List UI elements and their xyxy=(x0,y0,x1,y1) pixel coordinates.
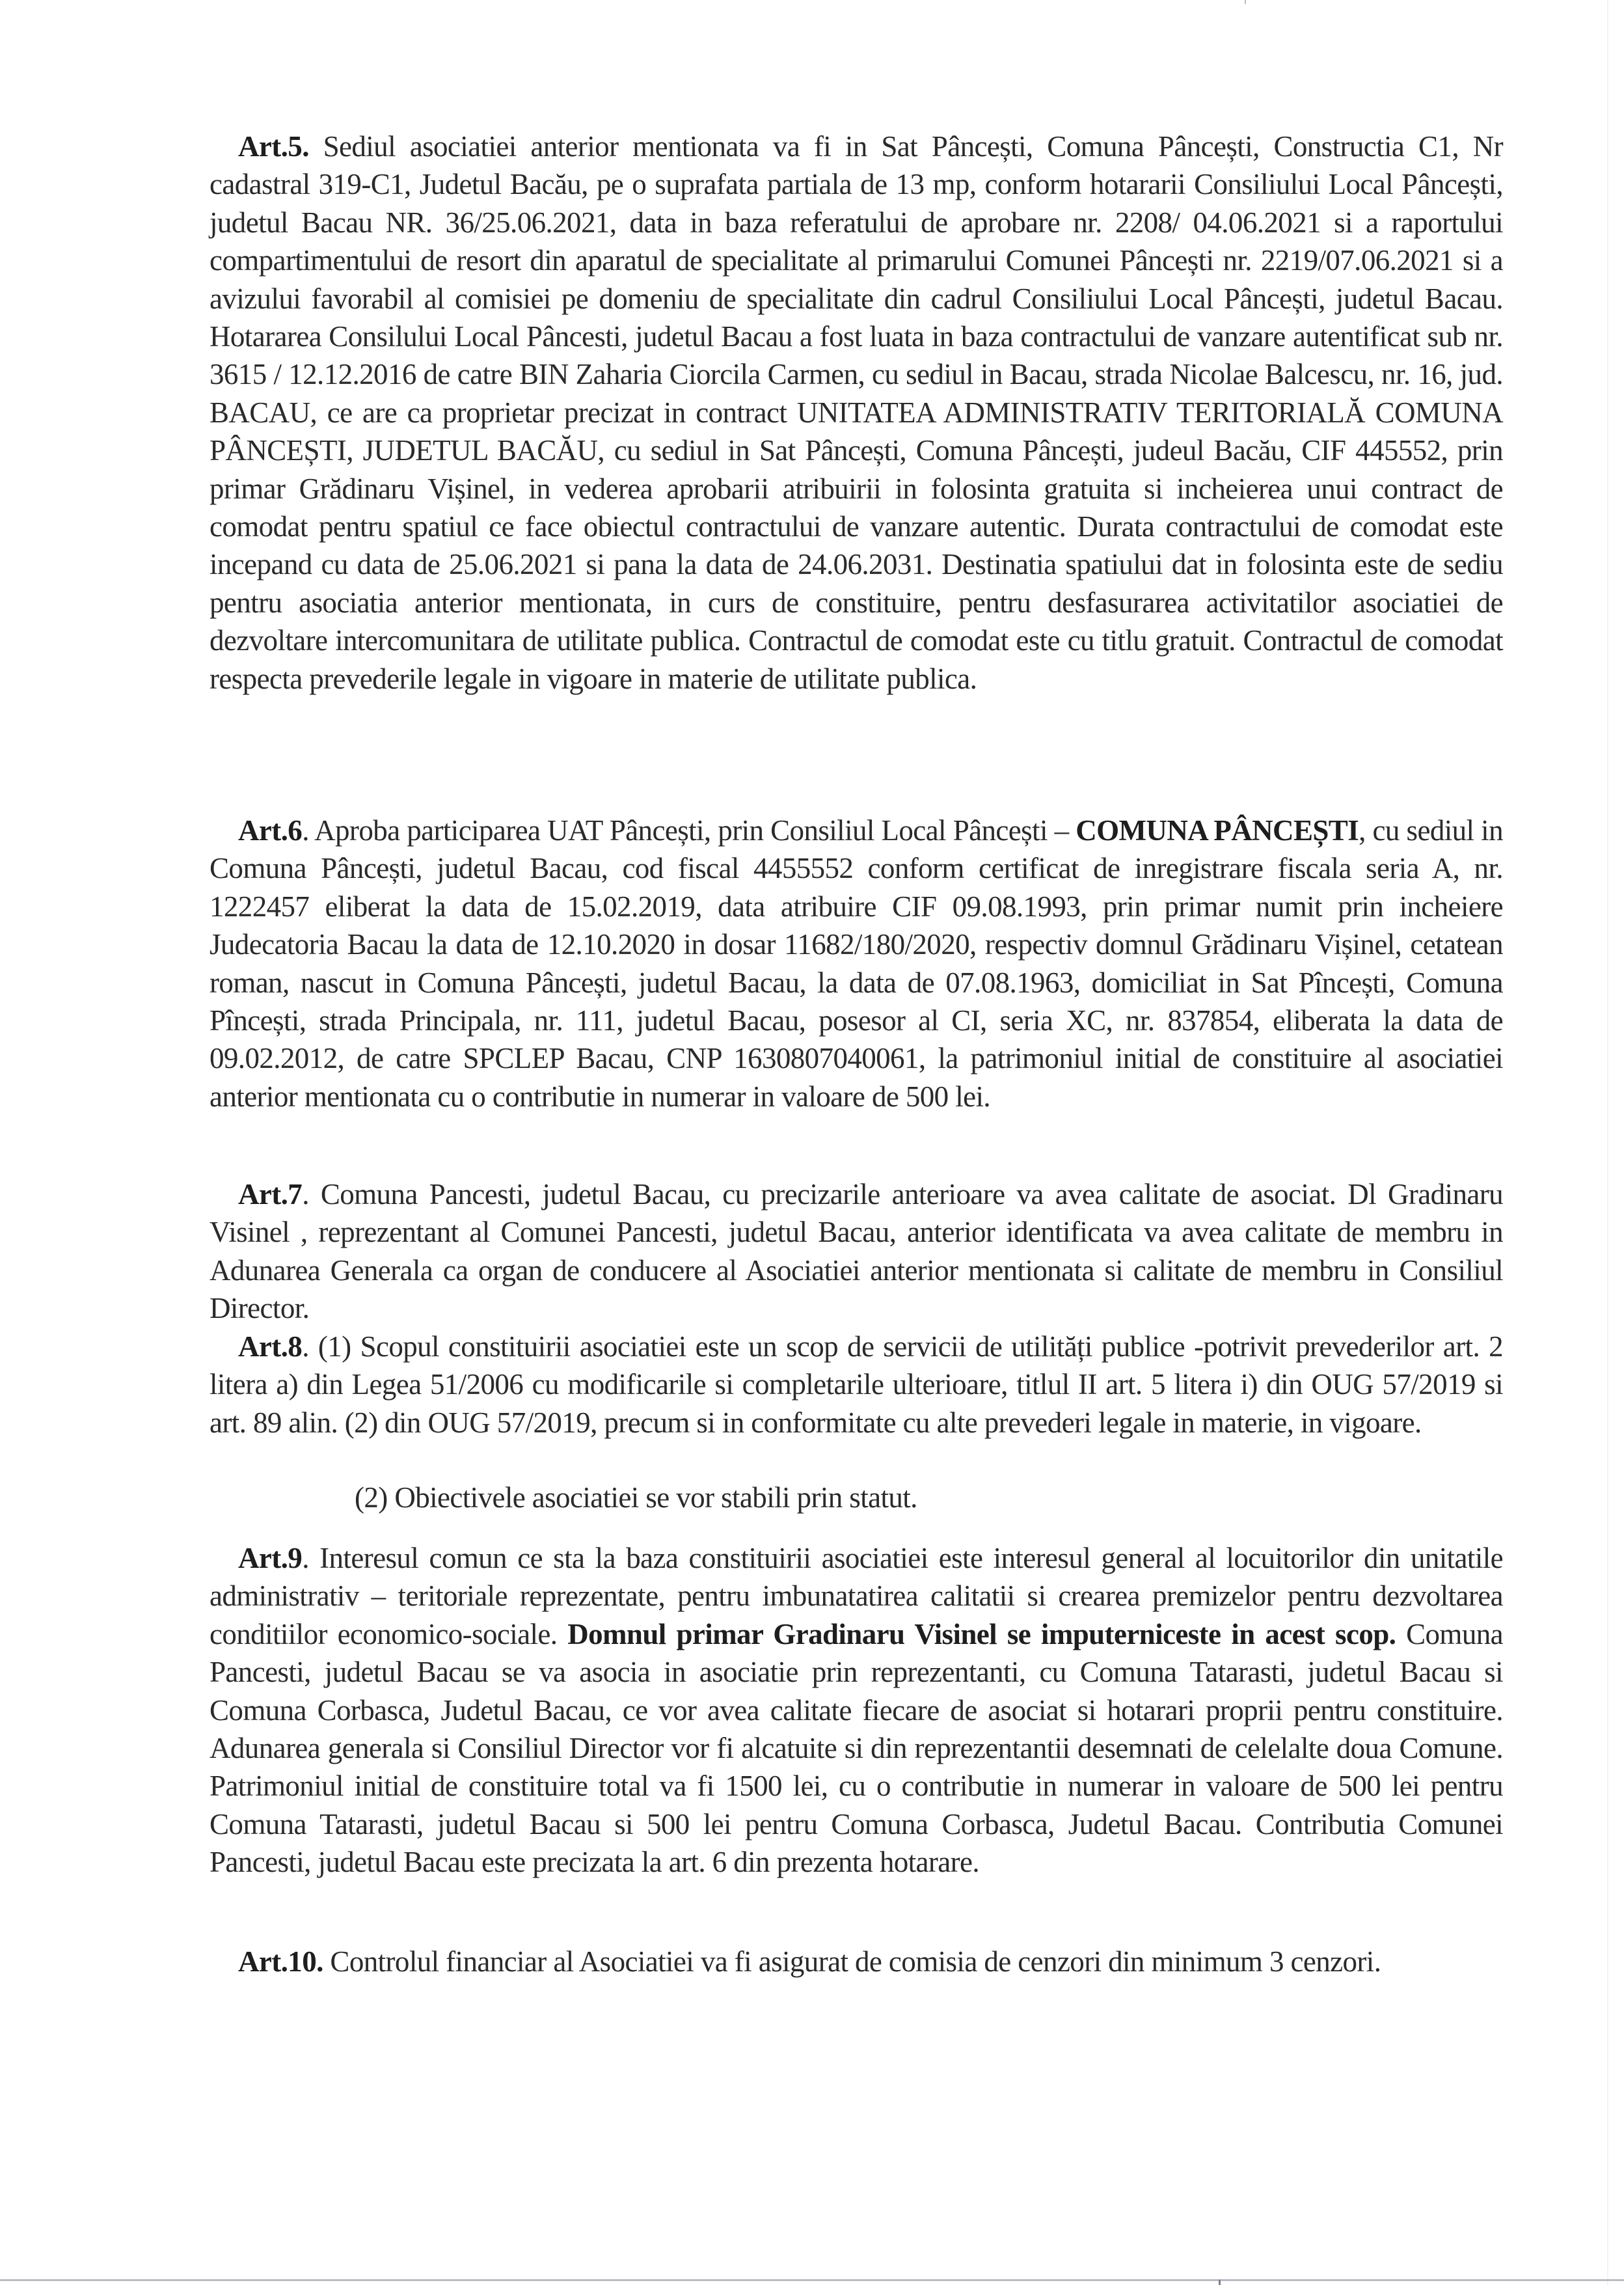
article-6-bold: COMUNA PÂNCEȘTI xyxy=(1076,814,1359,847)
article-7: Art.7. Comuna Pancesti, judetul Bacau, c… xyxy=(210,1175,1503,1328)
article-6: Art.6. Aproba participarea UAT Pâncești,… xyxy=(210,812,1503,1115)
article-6-text-b: , cu sediul in Comuna Pâncești, judetul … xyxy=(210,814,1503,1113)
article-9-text-b: Comuna Pancesti, judetul Bacau se va aso… xyxy=(210,1618,1503,1878)
article-10-text: Controlul financiar al Asociatiei va fi … xyxy=(323,1945,1381,1978)
article-6-label: Art.6 xyxy=(238,814,302,847)
article-9: Art.9. Interesul comun ce sta la baza co… xyxy=(210,1539,1503,1881)
article-8-text: . (1) Scopul constituirii asociatiei est… xyxy=(210,1330,1503,1439)
article-10: Art.10. Controlul financiar al Asociatie… xyxy=(210,1943,1503,1980)
article-6-text-a: . Aproba participarea UAT Pâncești, prin… xyxy=(302,814,1076,847)
article-8-sub-2: (2) Obiectivele asociatiei se vor stabil… xyxy=(355,1479,917,1516)
article-5-label: Art.5. xyxy=(238,130,309,163)
article-10-label: Art.10. xyxy=(238,1945,323,1978)
scan-mark-bottom xyxy=(1219,2280,1221,2285)
page-edge-bottom xyxy=(0,2279,1624,2281)
article-5-text: Sediul asociatiei anterior mentionata va… xyxy=(210,130,1503,695)
article-7-label: Art.7 xyxy=(238,1178,302,1211)
page-edge-right xyxy=(1607,0,1608,2285)
article-8-label: Art.8 xyxy=(238,1330,302,1363)
article-7-text: . Comuna Pancesti, judetul Bacau, cu pre… xyxy=(210,1178,1503,1324)
article-9-label: Art.9 xyxy=(238,1542,302,1574)
scan-mark-top xyxy=(1245,0,1246,4)
article-5: Art.5. Sediul asociatiei anterior mentio… xyxy=(210,128,1503,698)
article-8: Art.8. (1) Scopul constituirii asociatie… xyxy=(210,1328,1503,1442)
article-9-bold: Domnul primar Gradinaru Visinel se imput… xyxy=(567,1618,1396,1650)
